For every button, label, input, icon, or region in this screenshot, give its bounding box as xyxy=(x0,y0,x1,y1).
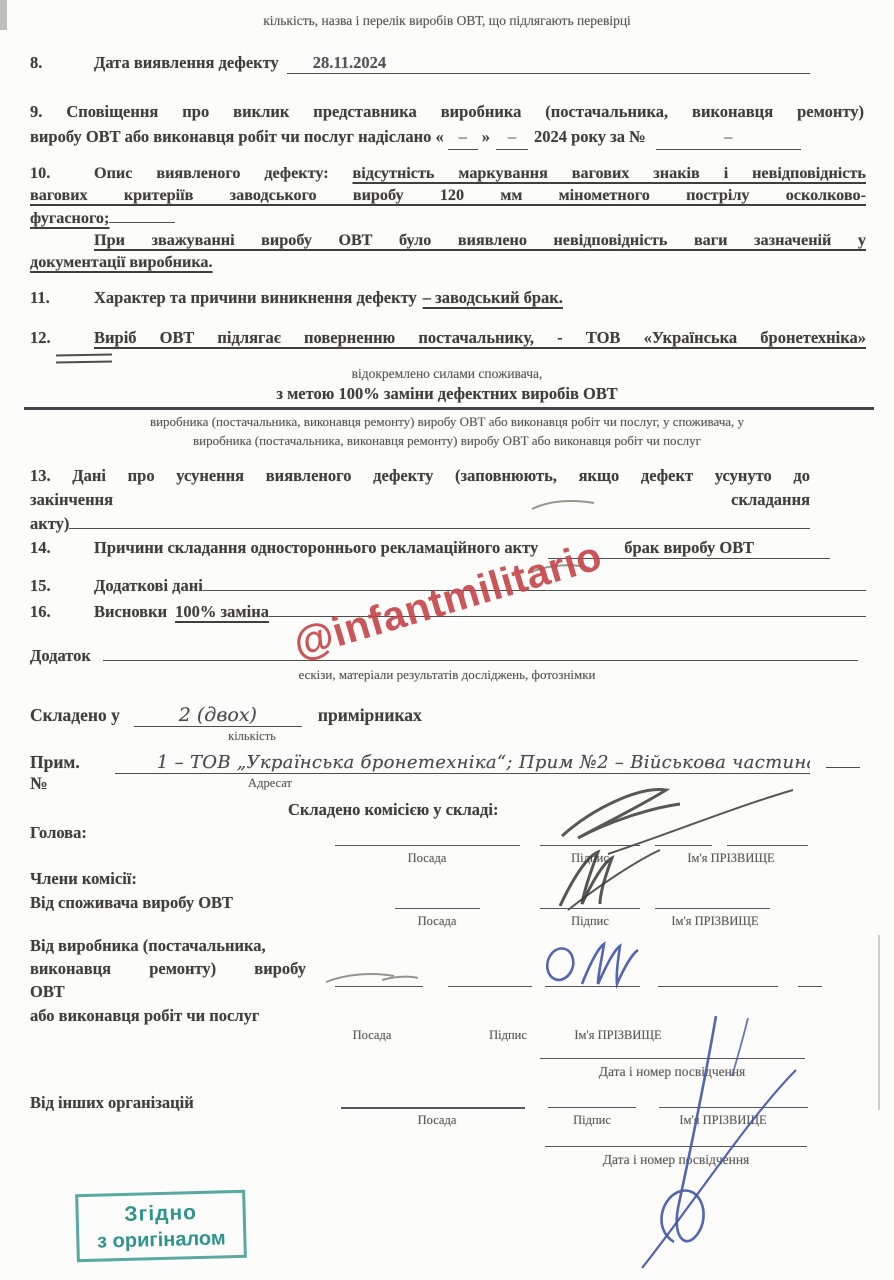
prym-blank2 xyxy=(826,750,860,768)
vyrobnyk-line2 xyxy=(448,986,532,987)
copies: Складено у 2 (двох) примірниках xyxy=(30,704,422,727)
item-10: 10. Опис виявленого дефекту: відсутність… xyxy=(30,162,866,273)
copies-value: 2 (двох) xyxy=(179,704,257,726)
signature-spozhyvach xyxy=(548,846,663,914)
item-12-text: Виріб ОВТ підлягає поверненню постачальн… xyxy=(94,328,866,348)
inshi-posada-caption: Посада xyxy=(418,1113,457,1128)
item-16-blank xyxy=(269,600,866,617)
item-10-line1-text: Опис виявленого дефекту: відсутність мар… xyxy=(94,162,866,184)
item-10-underlined3: фугасного; xyxy=(30,207,109,229)
item-13: 13. Дані про усунення виявленого дефекту… xyxy=(30,464,810,536)
signature-flourish xyxy=(598,1012,813,1274)
item-15-blank xyxy=(203,574,866,591)
item-13-number: 13. xyxy=(30,466,51,485)
item-10-line3: фугасного; xyxy=(30,206,866,229)
faint-scribble-item13 xyxy=(528,497,598,513)
vyrobnyk-imya-line xyxy=(658,986,778,987)
item-8-number: 8. xyxy=(30,53,94,73)
prym-blank: 1 – ТОВ „Українська бронетехніка“; Прим … xyxy=(115,752,810,774)
spozhyvach-posada-line xyxy=(395,908,480,909)
item-11-label: Характер та причини виникнення дефекту xyxy=(94,288,417,308)
vyrobnyk-label-l4: або виконавця робіт чи послуг xyxy=(30,1006,259,1026)
scan-edge-line xyxy=(878,935,880,1110)
item-12: 12. Виріб ОВТ підлягає поверненню постач… xyxy=(30,328,866,348)
item-16: 16. Висновки 100% заміна xyxy=(30,600,866,622)
vyrobnyk-line5 xyxy=(798,986,822,987)
item-13-text1: Дані про усунення виявленого дефекту (за… xyxy=(72,466,810,485)
item-10-line5: документації виробника. xyxy=(30,251,866,273)
item-16-value: 100% заміна xyxy=(175,602,269,622)
item-13-text2a: закінчення xyxy=(30,488,113,512)
dodatok-blank xyxy=(103,644,858,661)
item-13-line2: закінченняскладання xyxy=(30,488,810,512)
faint-scribble-item15 xyxy=(530,561,594,575)
vyrobnyk-label-l3: ОВТ xyxy=(30,982,65,1002)
item-15: 15. Додаткові дані xyxy=(30,574,866,596)
faint-scribble-vyrobnyk xyxy=(322,968,422,986)
item-9-text2c: 2024 року за № xyxy=(534,124,646,149)
item-16-label: Висновки xyxy=(94,602,167,622)
item-15-label: Додаткові дані xyxy=(94,576,203,596)
stamp-line2: з оригіналом xyxy=(79,1225,244,1255)
item-14-number: 14. xyxy=(30,538,94,558)
commission-golova-label: Голова: xyxy=(30,823,87,843)
vyrobnyk-posada-caption: Посада xyxy=(353,1028,392,1043)
inshi-posada-line xyxy=(341,1107,525,1109)
item-12-subline2: з метою 100% заміни дефектних виробів ОВ… xyxy=(0,384,894,404)
item-9-text2a: виробу ОВТ або виконавця робіт чи послуг… xyxy=(30,124,444,149)
copies-blank: 2 (двох) xyxy=(134,704,302,727)
item-13-line3: акту) xyxy=(30,512,810,536)
vyrobnyk-label-l1: Від виробника (постачальника, xyxy=(30,936,266,956)
dodatok-label: Додаток xyxy=(30,646,91,666)
item-10-number: 10. xyxy=(30,162,94,184)
top-caption: кількість, назва і перелік виробів ОВТ, … xyxy=(0,13,894,29)
commission-heading: Складено комісією у складі: xyxy=(288,800,498,820)
commission-chleny-label: Члени комісії: xyxy=(30,869,137,889)
item-8-value: 28.11.2024 xyxy=(313,53,386,72)
prym-value: 1 – ТОВ „Українська бронетехніка“; Прим … xyxy=(157,752,810,773)
item-10-underlined2: вагових критеріїв заводського виробу 120… xyxy=(30,184,866,206)
item-12-caption1: виробника (постачальника, виконавця ремо… xyxy=(0,414,894,430)
item-14-blank: брак виробу ОВТ xyxy=(548,538,830,559)
item-11-value: – заводський брак. xyxy=(423,288,563,308)
item-9-text1: Сповіщення про виклик представника вироб… xyxy=(66,102,864,121)
item-9-month-blank: – xyxy=(496,124,528,150)
inshi-label: Від інших організацій xyxy=(30,1093,194,1113)
item-10-blank xyxy=(109,206,175,223)
item-9-day-blank: – xyxy=(448,124,478,150)
spozhyvach-pidpys-caption: Підпис xyxy=(571,914,609,929)
item-15-number: 15. xyxy=(30,576,94,596)
golova-posada-caption: Посада xyxy=(408,851,447,866)
golova-imya-line1 xyxy=(655,845,712,846)
item-8-blank: 28.11.2024 xyxy=(287,53,810,74)
dodatok: Додаток xyxy=(30,644,858,666)
item-11-number: 11. xyxy=(30,288,94,308)
item-13-blank xyxy=(69,512,810,529)
spozhyvach-imya-caption: Ім'я ПРІЗВИЩЕ xyxy=(671,914,758,929)
item-12-number: 12. xyxy=(30,328,94,348)
copies-suffix: примірниках xyxy=(318,705,422,726)
golova-imya-caption: Ім'я ПРІЗВИЩЕ xyxy=(687,851,774,866)
item-14: 14. Причини складання одностороннього ре… xyxy=(30,538,830,559)
item-10-para2a: При зважуванні виробу ОВТ було виявлено … xyxy=(94,229,866,251)
item-10-para2b: документації виробника. xyxy=(30,253,213,271)
vyrobnyk-pidpys-caption: Підпис xyxy=(489,1028,527,1043)
prym-caption: Адресат xyxy=(248,776,292,791)
copies-prefix: Складено у xyxy=(30,705,120,726)
item-8-label: Дата виявлення дефекту xyxy=(94,53,279,73)
item-12-subline1: відокремлено силами споживача, xyxy=(0,366,894,382)
item-13-line1: 13. Дані про усунення виявленого дефекту… xyxy=(30,464,810,488)
item-12-equals-mark xyxy=(56,354,112,364)
item-12-caption2: виробника (постачальника, виконавця ремо… xyxy=(0,433,894,449)
vyrobnyk-label-l2: виконавця ремонту) виробу xyxy=(30,959,306,979)
scanned-document-page: кількість, назва і перелік виробів ОВТ, … xyxy=(0,0,894,1280)
item-14-value: брак виробу ОВТ xyxy=(624,538,754,557)
item-9: 9. Сповіщення про виклик представника ви… xyxy=(30,99,864,150)
item-16-number: 16. xyxy=(30,602,94,622)
copies-caption: кількість xyxy=(228,729,276,744)
item-10-line4: При зважуванні виробу ОВТ було виявлено … xyxy=(30,229,866,251)
item-9-number-blank: – xyxy=(656,124,801,150)
item-11: 11. Характер та причини виникнення дефек… xyxy=(30,288,864,308)
stamp-line1: Згідно xyxy=(78,1198,243,1230)
item-14-label: Причини складання одностороннього реклам… xyxy=(94,538,538,558)
item-9-line2: виробу ОВТ або виконавця робіт чи послуг… xyxy=(30,124,864,150)
item-9-number: 9. xyxy=(30,102,42,121)
spozhyvach-posada-caption: Посада xyxy=(418,914,457,929)
item-12-rule xyxy=(24,407,874,410)
item-10-underlined1: відсутність маркування вагових знаків і … xyxy=(353,164,866,182)
vyrobnyk-line1 xyxy=(335,986,423,987)
item-13-text2b: складання xyxy=(731,488,810,512)
golova-imya-line2 xyxy=(727,845,808,846)
spozhyvach-imya-line xyxy=(655,908,770,909)
stamp-zgidno-z-originalom: Згідно з оригіналом xyxy=(75,1190,247,1262)
item-8: 8. Дата виявлення дефекту 28.11.2024 xyxy=(30,53,810,74)
item-10-lead: Опис виявленого дефекту: xyxy=(94,164,329,182)
golova-posada-line xyxy=(335,845,520,846)
commission-spozhyvach-label: Від споживача виробу ОВТ xyxy=(30,893,233,913)
vyrobnyk-pidpys-line xyxy=(545,986,640,987)
spozhyvach-pidpys-line xyxy=(540,908,640,909)
dodatok-caption: ескізи, матеріали результатів досліджень… xyxy=(0,667,894,683)
item-9-quote-close: » xyxy=(482,124,490,149)
prym-label: Прим. № xyxy=(30,752,101,794)
item-10-line1: 10. Опис виявленого дефекту: відсутність… xyxy=(30,162,866,184)
item-9-line1: 9. Сповіщення про виклик представника ви… xyxy=(30,99,864,124)
item-13-text3: акту) xyxy=(30,512,69,536)
